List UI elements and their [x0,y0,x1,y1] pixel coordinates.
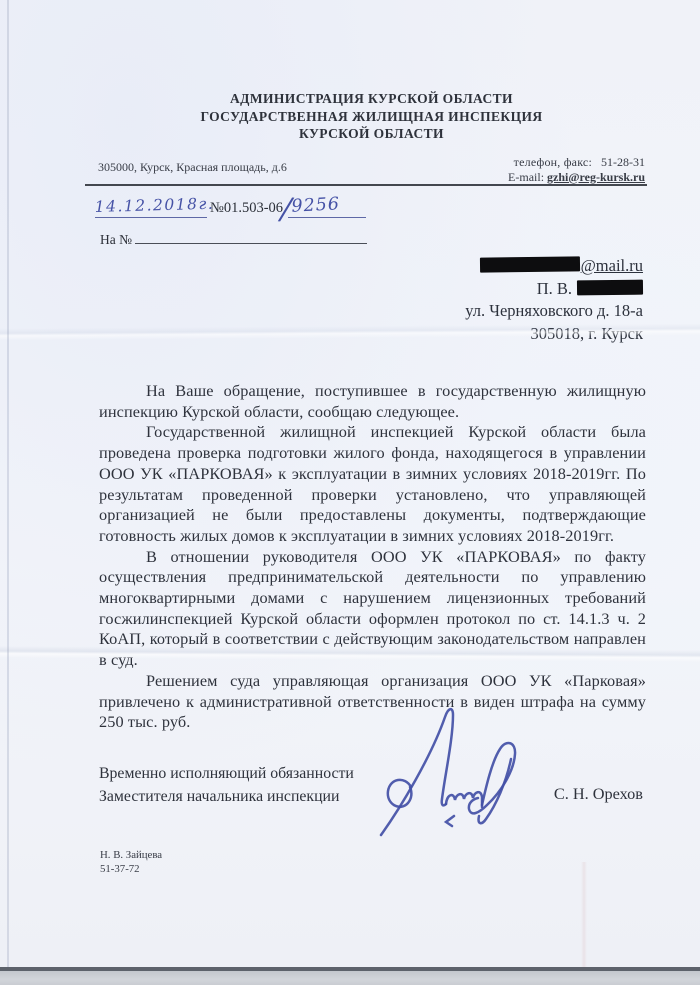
email-label: E-mail: [508,170,544,184]
outgoing-number: №01.503-06 [210,200,283,216]
contact-row: 305000, Курск, Красная площадь, д.6 теле… [98,155,645,184]
reference-row: 14.12.2018г.№01.503-06/9256 [95,197,366,218]
signer-title-line-2: Заместителя начальника инспекции [99,785,354,808]
signer-title-block: Временно исполняющий обязанности Замести… [99,762,354,808]
recipient-email-domain: @mail.ru [581,256,643,275]
body-paragraph-2: Государственной жилищной инспекцией Курс… [99,422,646,546]
scan-left-edge [7,0,9,968]
paper-crease-vertical [581,862,587,970]
letterhead-org-line-1: АДМИНИСТРАЦИЯ КУРСКОЙ ОБЛАСТИ [98,90,645,108]
reply-label: На № [100,232,132,247]
letterhead: АДМИНИСТРАЦИЯ КУРСКОЙ ОБЛАСТИ ГОСУДАРСТВ… [98,90,645,143]
phone-fax-line: телефон, факс: 51-28-31 [508,155,645,170]
body-paragraph-1: На Ваше обращение, поступившее в государ… [99,381,646,422]
recipient-street: ул. Черняховского д. 18-а [465,300,643,323]
redaction-bar-email [480,256,580,272]
reply-reference-row: На № [100,231,367,248]
sender-email: gzhi@reg-kursk.ru [547,170,645,184]
body-paragraph-3: В отношении руководителя ООО УК «ПАРКОВА… [99,547,646,671]
phone-fax-label: телефон, факс: [514,155,592,169]
letterhead-org-line-3: КУРСКОЙ ОБЛАСТИ [98,125,645,143]
reply-number-blank [135,231,367,244]
date-field: 14.12.2018г. [95,198,207,218]
signer-name: С. Н. Орехов [554,784,643,804]
recipient-name-line: П. В. [465,278,643,301]
handwritten-date: 14.12.2018г. [94,195,214,216]
number-field: 9256 [288,197,366,218]
sender-address: 305000, Курск, Красная площадь, д.6 [98,155,287,184]
scanned-letter-page: АДМИНИСТРАЦИЯ КУРСКОЙ ОБЛАСТИ ГОСУДАРСТВ… [0,0,700,985]
phone-fax-value: 51-28-31 [601,155,645,169]
executor-phone: 51-37-72 [100,863,162,877]
signature-handwriting-icon [345,695,530,840]
executor-name: Н. В. Зайцева [100,849,162,863]
recipient-email-line: @mail.ru [465,255,643,278]
handwritten-number: 9256 [287,194,341,217]
letter-body: На Ваше обращение, поступившее в государ… [99,381,646,733]
contact-details: телефон, факс: 51-28-31 E-mail: gzhi@reg… [508,155,645,184]
redaction-bar-name [577,279,643,295]
email-line: E-mail: gzhi@reg-kursk.ru [508,170,645,185]
executor-block: Н. В. Зайцева 51-37-72 [100,849,162,876]
recipient-city: 305018, г. Курск [465,323,643,346]
signer-title-line-1: Временно исполняющий обязанности [99,762,354,785]
scanner-background-strip [0,971,700,985]
recipient-block: @mail.ru П. В. ул. Черняховского д. 18-а… [465,255,643,345]
recipient-initials: П. В. [537,279,572,298]
letterhead-org-line-2: ГОСУДАРСТВЕННАЯ ЖИЛИЩНАЯ ИНСПЕКЦИЯ [98,108,645,126]
letterhead-divider [85,184,647,186]
